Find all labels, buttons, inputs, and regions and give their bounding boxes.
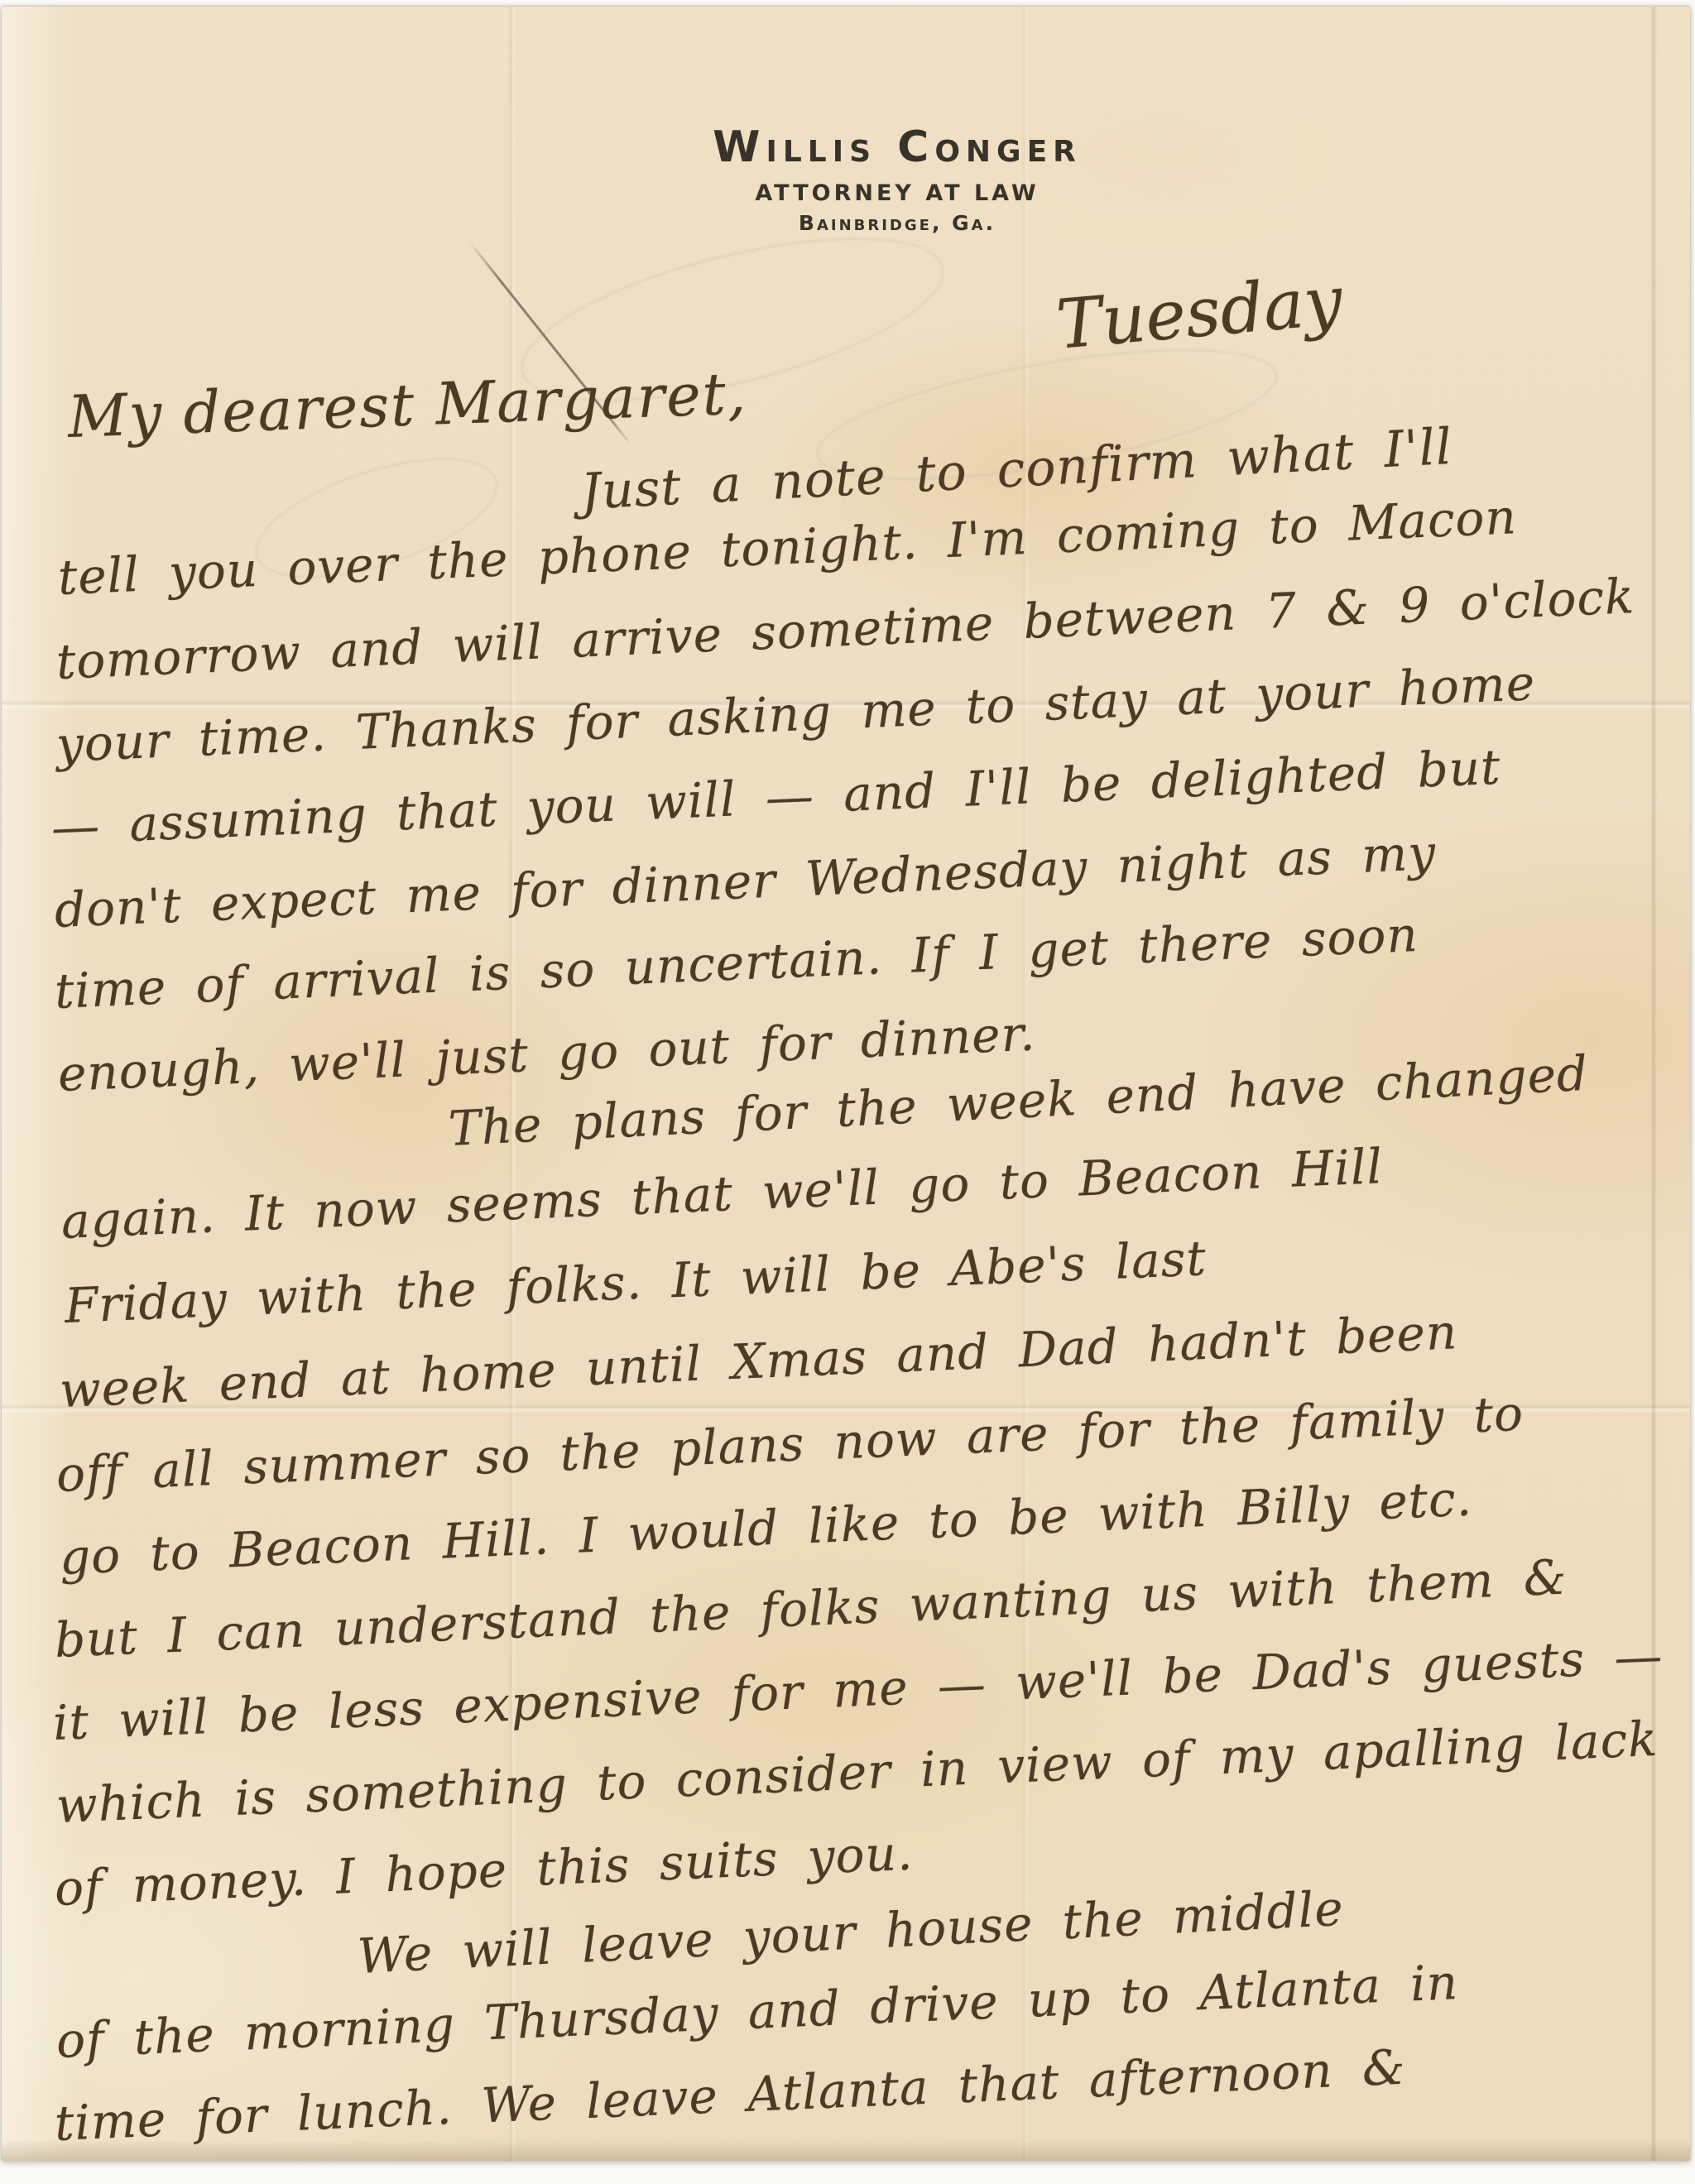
scan-background: Willis Conger Attorney at Law Bainbridge… (0, 0, 1695, 2184)
letter-page: Willis Conger Attorney at Law Bainbridge… (2, 7, 1690, 2161)
letterhead-name: Willis Conger (53, 122, 1695, 172)
salutation: My dearest Margaret, (67, 359, 749, 451)
letterhead-title: Attorney at Law (53, 180, 1695, 206)
paper-edge-shadow (1650, 7, 1657, 2161)
letter-line: of money. I hope this suits you. (54, 1825, 915, 1917)
letterhead: Willis Conger Attorney at Law Bainbridge… (53, 122, 1695, 235)
vertical-fold-crease (508, 7, 516, 2161)
letter-date: Tuesday (1054, 262, 1346, 365)
letter-line: Friday with the folks. It will be Abe's … (64, 1230, 1208, 1334)
letterhead-city: Bainbridge, Ga. (53, 211, 1695, 235)
